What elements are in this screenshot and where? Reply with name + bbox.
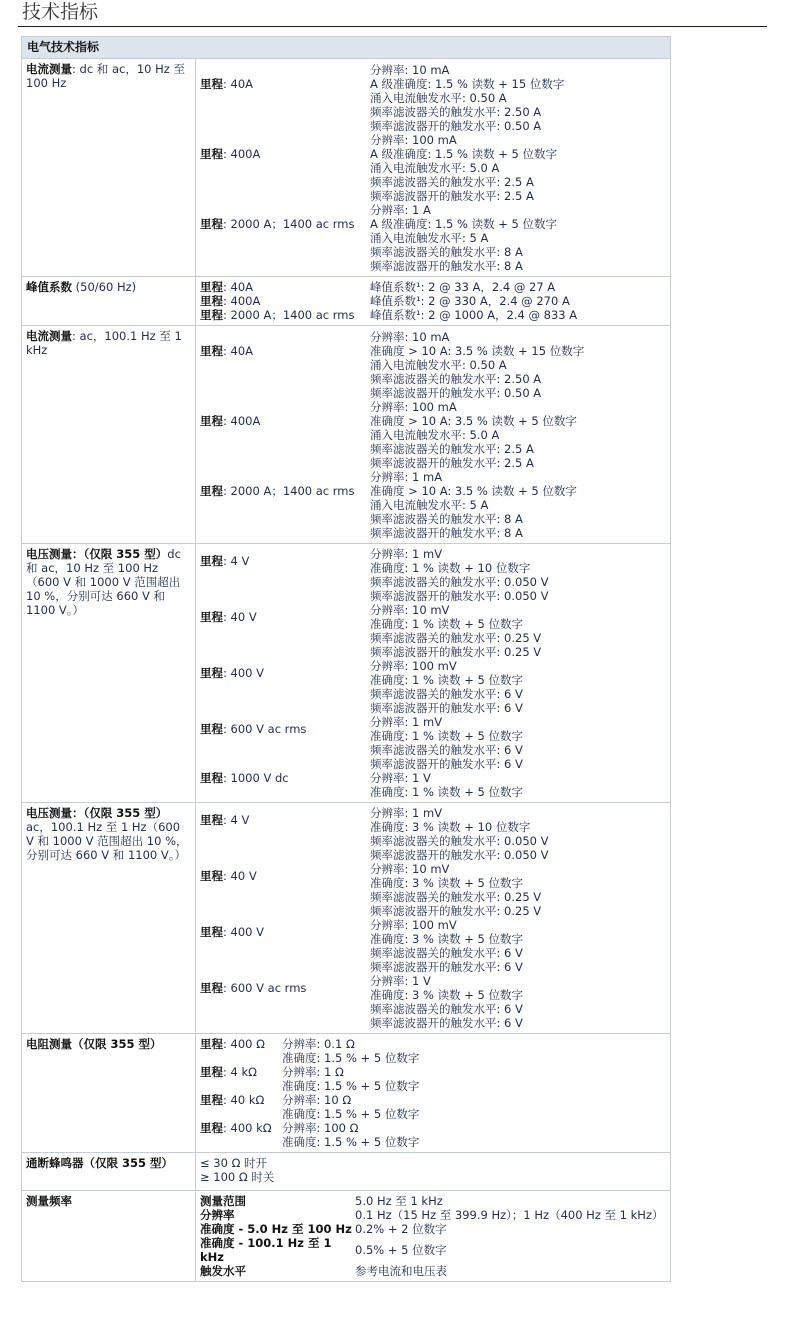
range-key: 里程 [200,77,223,91]
range-value: : 600 V ac rms [223,981,306,995]
range-key: 里程 [200,147,223,161]
range-spec-list: 分辨率: 10 Ω准确度: 1.5 % + 5 位数字 [282,1093,419,1121]
range-value: : 40 V [223,610,257,624]
spec-line: ≥ 100 Ω 时关 [200,1170,665,1184]
range-value: : 2000 A；1400 ac rms [223,484,355,498]
range-name: 里程: 1000 V dc [200,771,370,785]
row-label: 电压测量：（仅限 355 型）dc 和 ac，10 Hz 至 100 Hz（60… [22,544,196,803]
range-spec-list: 分辨率: 10 mV准确度: 1 % 读数 + 5 位数字频率滤波器关的触发水平… [370,603,541,659]
range-name: 里程: 40A [200,63,370,91]
row-content: 测量范围5.0 Hz 至 1 kHz分辨率0.1 Hz（15 Hz 至 399.… [196,1191,671,1282]
spec-value: 0.1 Hz（15 Hz 至 399.9 Hz）；1 Hz（400 Hz 至 1… [355,1208,665,1222]
range-block: 里程: 2000 A；1400 ac rms峰值系数¹: 2 @ 1000 A，… [200,308,665,322]
range-value: : 400A [223,294,260,308]
table-row: 电压测量：（仅限 355 型）ac，100.1 Hz 至 1 Hz（600 V … [22,803,671,1034]
spec-line: 频率滤波器关的触发水平: 0.25 V [370,631,541,645]
spec-line: 分辨率: 100 mV [370,659,523,673]
range-name: 里程: 400A [200,294,370,308]
row-content: ≤ 30 Ω 时开≥ 100 Ω 时关 [196,1153,671,1191]
range-spec-list: 分辨率: 1 mV准确度: 1 % 读数 + 10 位数字频率滤波器关的触发水平… [370,547,548,603]
table-row: 电流测量: ac，100.1 Hz 至 1 kHz里程: 40A分辨率: 10 … [22,326,671,544]
spec-line: 准确度: 1 % 读数 + 5 位数字 [370,729,523,743]
range-value: : 4 kΩ [223,1065,257,1079]
range-key: 里程 [200,484,223,498]
spec-line: 准确度: 3 % 读数 + 10 位数字 [370,820,548,834]
range-name: 里程: 400 kΩ [200,1121,282,1135]
range-name: 里程: 40 kΩ [200,1093,282,1107]
spec-line: 分辨率: 10 mA [370,330,584,344]
range-spec-list: 分辨率: 1 V准确度: 3 % 读数 + 5 位数字频率滤波器关的触发水平: … [370,974,523,1030]
spec-line: 频率滤波器关的触发水平: 6 V [370,743,523,757]
range-block: 里程: 4 kΩ分辨率: 1 Ω准确度: 1.5 % + 5 位数字 [200,1065,665,1093]
range-block: 里程: 1000 V dc分辨率: 1 V准确度: 1 % 读数 + 5 位数字 [200,771,665,799]
spec-line: 频率滤波器关的触发水平: 8 A [370,245,557,259]
range-value: : 400 kΩ [223,1121,272,1135]
range-spec-list: 分辨率: 1 Ω准确度: 1.5 % + 5 位数字 [282,1065,419,1093]
spec-line: 准确度: 1 % 读数 + 10 位数字 [370,561,548,575]
spec-line: 频率滤波器开的触发水平: 2.5 A [370,189,557,203]
range-block: 里程: 40 V分辨率: 10 mV准确度: 1 % 读数 + 5 位数字频率滤… [200,603,665,659]
range-name: 里程: 2000 A；1400 ac rms [200,470,370,498]
spec-line: 分辨率: 1 mV [370,547,548,561]
range-key: 里程 [200,1037,223,1051]
range-value: : 2000 A；1400 ac rms [223,308,355,322]
row-content: 里程: 4 V分辨率: 1 mV准确度: 3 % 读数 + 10 位数字频率滤波… [196,803,671,1034]
range-key: 里程 [200,869,223,883]
range-block: 里程: 400 V分辨率: 100 mV准确度: 3 % 读数 + 5 位数字频… [200,918,665,974]
spec-line: 准确度: 1.5 % + 5 位数字 [282,1135,419,1149]
spec-line: 分辨率: 10 mA [370,63,564,77]
spec-line: 准确度: 1.5 % + 5 位数字 [282,1107,419,1121]
section-header: 电气技术指标 [22,37,671,59]
range-spec-list: 分辨率: 10 mV准确度: 3 % 读数 + 5 位数字频率滤波器关的触发水平… [370,862,541,918]
spec-line: 分辨率: 10 mV [370,603,541,617]
range-value: : 400 V [223,666,264,680]
range-name: 里程: 400A [200,133,370,161]
range-block: 里程: 40 V分辨率: 10 mV准确度: 3 % 读数 + 5 位数字频率滤… [200,862,665,918]
range-name: 里程: 40 V [200,862,370,883]
range-spec-list: 分辨率: 10 mA准确度 > 10 A: 3.5 % 读数 + 15 位数字涌… [370,330,584,400]
table-row: 电流测量: dc 和 ac，10 Hz 至 100 Hz里程: 40A分辨率: … [22,59,671,277]
range-key: 里程 [200,813,223,827]
spec-key: 分辨率 [200,1208,355,1222]
table-row: 通断蜂鸣器（仅限 355 型）≤ 30 Ω 时开≥ 100 Ω 时关 [22,1153,671,1191]
range-value: : 40 V [223,869,257,883]
range-key: 里程 [200,294,223,308]
range-name: 里程: 40A [200,330,370,358]
spec-line: 分辨率: 10 Ω [282,1093,419,1107]
range-key: 里程 [200,308,223,322]
spec-line: 频率滤波器关的触发水平: 8 A [370,512,577,526]
spec-line: 频率滤波器开的触发水平: 0.50 A [370,386,584,400]
spec-line: 分辨率: 1 V [370,771,523,785]
range-value: : 40A [223,77,253,91]
spec-line: 频率滤波器开的触发水平: 8 A [370,526,577,540]
range-value: : 4 V [223,554,249,568]
spec-line: 涌入电流触发水平: 5.0 A [370,161,557,175]
range-spec-list: 分辨率: 1 mV准确度: 1 % 读数 + 5 位数字频率滤波器关的触发水平:… [370,715,523,771]
range-value: : 1000 V dc [223,771,289,785]
spec-value: 0.2% + 2 位数字 [355,1222,665,1236]
range-spec-list: 峰值系数¹: 2 @ 33 A，2.4 @ 27 A [370,280,555,294]
range-key: 里程 [200,925,223,939]
range-block: 里程: 400A分辨率: 100 mAA 级准确度: 1.5 % 读数 + 5 … [200,133,665,203]
range-name: 里程: 400 V [200,659,370,680]
range-spec-list: 分辨率: 100 mV准确度: 1 % 读数 + 5 位数字频率滤波器关的触发水… [370,659,523,715]
spec-line: 分辨率: 1 mV [370,715,523,729]
range-block: 里程: 600 V ac rms分辨率: 1 V准确度: 3 % 读数 + 5 … [200,974,665,1030]
range-name: 里程: 400 Ω [200,1037,282,1051]
spec-line: 准确度 > 10 A: 3.5 % 读数 + 15 位数字 [370,344,584,358]
range-key: 里程 [200,981,223,995]
spec-key: 触发水平 [200,1264,355,1278]
range-key: 里程 [200,666,223,680]
row-label: 电阻测量（仅限 355 型） [22,1034,196,1153]
range-block: 里程: 40A分辨率: 10 mA准确度 > 10 A: 3.5 % 读数 + … [200,330,665,400]
row-label: 峰值系数 (50/60 Hz) [22,277,196,326]
range-block: 里程: 40A分辨率: 10 mAA 级准确度: 1.5 % 读数 + 15 位… [200,63,665,133]
row-label-bold: 电压测量：（仅限 355 型） [26,547,167,561]
range-block: 里程: 400 Ω分辨率: 0.1 Ω准确度: 1.5 % + 5 位数字 [200,1037,665,1065]
spec-line: 涌入电流触发水平: 5.0 A [370,428,577,442]
range-block: 里程: 40 kΩ分辨率: 10 Ω准确度: 1.5 % + 5 位数字 [200,1093,665,1121]
range-spec-list: 分辨率: 100 mA准确度 > 10 A: 3.5 % 读数 + 5 位数字涌… [370,400,577,470]
row-content: 里程: 4 V分辨率: 1 mV准确度: 1 % 读数 + 10 位数字频率滤波… [196,544,671,803]
range-spec-list: 峰值系数¹: 2 @ 1000 A，2.4 @ 833 A [370,308,577,322]
spec-line: 分辨率: 1 Ω [282,1065,419,1079]
row-label-bold: 通断蜂鸣器（仅限 355 型） [26,1156,173,1170]
spec-line: 准确度: 3 % 读数 + 5 位数字 [370,932,523,946]
table-row: 电压测量：（仅限 355 型）dc 和 ac，10 Hz 至 100 Hz（60… [22,544,671,803]
spec-line: 分辨率: 100 mA [370,133,557,147]
range-value: : 40 kΩ [223,1093,264,1107]
spec-line: 频率滤波器开的触发水平: 6 V [370,960,523,974]
row-label: 通断蜂鸣器（仅限 355 型） [22,1153,196,1191]
spec-line: 频率滤波器关的触发水平: 6 V [370,946,523,960]
spec-line: 频率滤波器开的触发水平: 0.050 V [370,848,548,862]
range-block: 里程: 40A峰值系数¹: 2 @ 33 A，2.4 @ 27 A [200,280,665,294]
row-content: 里程: 40A峰值系数¹: 2 @ 33 A，2.4 @ 27 A里程: 400… [196,277,671,326]
range-key: 里程 [200,610,223,624]
spec-line: 分辨率: 100 mV [370,918,523,932]
page-title: 技术指标 [22,0,98,24]
range-name: 里程: 40A [200,280,370,294]
spec-line: 频率滤波器关的触发水平: 0.25 V [370,890,541,904]
range-name: 里程: 4 V [200,547,370,568]
row-label-bold: 电流测量 [26,62,72,76]
range-key: 里程 [200,554,223,568]
spec-line: 频率滤波器关的触发水平: 6 V [370,1002,523,1016]
spec-line: 分辨率: 100 mA [370,400,577,414]
spec-line: 频率滤波器开的触发水平: 2.5 A [370,456,577,470]
spec-value: 5.0 Hz 至 1 kHz [355,1194,665,1208]
range-key: 里程 [200,344,223,358]
range-value: : 400 V [223,925,264,939]
spec-line: 准确度: 1 % 读数 + 5 位数字 [370,785,523,799]
range-key: 里程 [200,1065,223,1079]
range-name: 里程: 400A [200,400,370,428]
range-key: 里程 [200,1093,223,1107]
spec-line: 分辨率: 100 Ω [282,1121,419,1135]
range-spec-list: 分辨率: 10 mAA 级准确度: 1.5 % 读数 + 15 位数字涌入电流触… [370,63,564,133]
row-label: 测量频率 [22,1191,196,1282]
spec-line: 频率滤波器关的触发水平: 2.5 A [370,175,557,189]
spec-table: 电气技术指标 电流测量: dc 和 ac，10 Hz 至 100 Hz里程: 4… [21,36,671,1282]
frequency-spec-grid: 测量范围5.0 Hz 至 1 kHz分辨率0.1 Hz（15 Hz 至 399.… [200,1194,665,1278]
range-spec-list: 分辨率: 100 mV准确度: 3 % 读数 + 5 位数字频率滤波器关的触发水… [370,918,523,974]
spec-line: 准确度: 1.5 % + 5 位数字 [282,1051,419,1065]
spec-line: 准确度: 1 % 读数 + 5 位数字 [370,673,523,687]
spec-line: 频率滤波器开的触发水平: 0.50 A [370,119,564,133]
range-block: 里程: 600 V ac rms分辨率: 1 mV准确度: 1 % 读数 + 5… [200,715,665,771]
range-value: : 400A [223,147,260,161]
range-spec-list: 分辨率: 1 mA准确度 > 10 A: 3.5 % 读数 + 5 位数字涌入电… [370,470,577,540]
table-row: 电阻测量（仅限 355 型）里程: 400 Ω分辨率: 0.1 Ω准确度: 1.… [22,1034,671,1153]
spec-line: 峰值系数¹: 2 @ 1000 A，2.4 @ 833 A [370,308,577,322]
range-name: 里程: 400 V [200,918,370,939]
row-label-bold: 电压测量：（仅限 355 型） [26,806,167,820]
spec-line: 涌入电流触发水平: 0.50 A [370,91,564,105]
spec-line: 涌入电流触发水平: 0.50 A [370,358,584,372]
range-block: 里程: 4 V分辨率: 1 mV准确度: 1 % 读数 + 10 位数字频率滤波… [200,547,665,603]
spec-value: 0.5% + 5 位数字 [355,1243,665,1257]
spec-line: A 级准确度: 1.5 % 读数 + 5 位数字 [370,217,557,231]
spec-line: 准确度 > 10 A: 3.5 % 读数 + 5 位数字 [370,484,577,498]
range-block: 里程: 2000 A；1400 ac rms分辨率: 1 AA 级准确度: 1.… [200,203,665,273]
range-spec-list: 分辨率: 0.1 Ω准确度: 1.5 % + 5 位数字 [282,1037,419,1065]
range-spec-list: 分辨率: 1 mV准确度: 3 % 读数 + 10 位数字频率滤波器关的触发水平… [370,806,548,862]
spec-line: 准确度: 1 % 读数 + 5 位数字 [370,617,541,631]
title-divider [18,26,767,27]
spec-line: 频率滤波器关的触发水平: 0.050 V [370,834,548,848]
spec-line: 频率滤波器开的触发水平: 6 V [370,701,523,715]
spec-line: 频率滤波器关的触发水平: 0.050 V [370,575,548,589]
spec-line: 频率滤波器关的触发水平: 2.50 A [370,372,584,386]
spec-line: 涌入电流触发水平: 5 A [370,231,557,245]
range-spec-list: 分辨率: 100 mAA 级准确度: 1.5 % 读数 + 5 位数字涌入电流触… [370,133,557,203]
range-name: 里程: 600 V ac rms [200,974,370,995]
spec-line: 峰值系数¹: 2 @ 330 A，2.4 @ 270 A [370,294,570,308]
row-content: 里程: 40A分辨率: 10 mA准确度 > 10 A: 3.5 % 读数 + … [196,326,671,544]
spec-line: 频率滤波器关的触发水平: 2.5 A [370,442,577,456]
range-block: 里程: 400 V分辨率: 100 mV准确度: 1 % 读数 + 5 位数字频… [200,659,665,715]
range-name: 里程: 40 V [200,603,370,624]
range-spec-list: 分辨率: 100 Ω准确度: 1.5 % + 5 位数字 [282,1121,419,1149]
spec-line: 准确度 > 10 A: 3.5 % 读数 + 5 位数字 [370,414,577,428]
spec-line: 频率滤波器关的触发水平: 6 V [370,687,523,701]
spec-line: 分辨率: 0.1 Ω [282,1037,419,1051]
row-label-bold: 峰值系数 [26,280,72,294]
range-key: 里程 [200,771,223,785]
range-value: : 400A [223,414,260,428]
spec-line: 分辨率: 1 V [370,974,523,988]
spec-line: 峰值系数¹: 2 @ 33 A，2.4 @ 27 A [370,280,555,294]
spec-line: 频率滤波器关的触发水平: 2.50 A [370,105,564,119]
range-key: 里程 [200,280,223,294]
spec-line: A 级准确度: 1.5 % 读数 + 15 位数字 [370,77,564,91]
spec-line: 频率滤波器开的触发水平: 0.25 V [370,645,541,659]
spec-line: 频率滤波器开的触发水平: 6 V [370,1016,523,1030]
table-row: 测量频率测量范围5.0 Hz 至 1 kHz分辨率0.1 Hz（15 Hz 至 … [22,1191,671,1282]
spec-line: 准确度: 3 % 读数 + 5 位数字 [370,988,523,1002]
spec-line: ≤ 30 Ω 时开 [200,1156,665,1170]
row-label: 电流测量: ac，100.1 Hz 至 1 kHz [22,326,196,544]
table-row: 峰值系数 (50/60 Hz)里程: 40A峰值系数¹: 2 @ 33 A，2.… [22,277,671,326]
range-key: 里程 [200,414,223,428]
row-content: 里程: 40A分辨率: 10 mAA 级准确度: 1.5 % 读数 + 15 位… [196,59,671,277]
range-key: 里程 [200,1121,223,1135]
range-name: 里程: 4 kΩ [200,1065,282,1079]
spec-key: 测量范围 [200,1194,355,1208]
range-block: 里程: 400A分辨率: 100 mA准确度 > 10 A: 3.5 % 读数 … [200,400,665,470]
spec-line: 分辨率: 10 mV [370,862,541,876]
range-value: : 600 V ac rms [223,722,306,736]
range-spec-list: 峰值系数¹: 2 @ 330 A，2.4 @ 270 A [370,294,570,308]
spec-value: 参考电流和电压表 [355,1264,665,1278]
spec-table-body: 电流测量: dc 和 ac，10 Hz 至 100 Hz里程: 40A分辨率: … [22,59,671,1282]
spec-line: 分辨率: 1 A [370,203,557,217]
range-name: 里程: 2000 A；1400 ac rms [200,308,370,322]
range-value: : 40A [223,280,253,294]
range-block: 里程: 4 V分辨率: 1 mV准确度: 3 % 读数 + 10 位数字频率滤波… [200,806,665,862]
spec-line: 频率滤波器开的触发水平: 0.050 V [370,589,548,603]
row-label-bold: 测量频率 [26,1194,72,1208]
spec-line: A 级准确度: 1.5 % 读数 + 5 位数字 [370,147,557,161]
range-value: : 400 Ω [223,1037,265,1051]
range-value: : 40A [223,344,253,358]
range-block: 里程: 400 kΩ分辨率: 100 Ω准确度: 1.5 % + 5 位数字 [200,1121,665,1149]
row-label-detail: ac，100.1 Hz 至 1 Hz（600 V 和 1000 V 范围超出 1… [26,820,188,862]
range-key: 里程 [200,722,223,736]
row-content: 里程: 400 Ω分辨率: 0.1 Ω准确度: 1.5 % + 5 位数字里程:… [196,1034,671,1153]
range-value: : 4 V [223,813,249,827]
spec-line: 频率滤波器开的触发水平: 8 A [370,259,557,273]
range-spec-list: 分辨率: 1 AA 级准确度: 1.5 % 读数 + 5 位数字涌入电流触发水平… [370,203,557,273]
spec-line: 频率滤波器开的触发水平: 0.25 V [370,904,541,918]
spec-line: 准确度: 3 % 读数 + 5 位数字 [370,876,541,890]
row-label-bold: 电阻测量（仅限 355 型） [26,1037,162,1051]
spec-key: 准确度 - 100.1 Hz 至 1 kHz [200,1236,355,1264]
spec-line: 涌入电流触发水平: 5 A [370,498,577,512]
range-name: 里程: 2000 A；1400 ac rms [200,203,370,231]
range-value: : 2000 A；1400 ac rms [223,217,355,231]
range-key: 里程 [200,217,223,231]
range-name: 里程: 4 V [200,806,370,827]
row-label-bold: 电流测量 [26,329,72,343]
range-block: 里程: 2000 A；1400 ac rms分辨率: 1 mA准确度 > 10 … [200,470,665,540]
spec-line: 频率滤波器开的触发水平: 6 V [370,757,523,771]
spec-key: 准确度 - 5.0 Hz 至 100 Hz [200,1222,355,1236]
range-block: 里程: 400A峰值系数¹: 2 @ 330 A，2.4 @ 270 A [200,294,665,308]
spec-line: 准确度: 1.5 % + 5 位数字 [282,1079,419,1093]
row-label-detail: (50/60 Hz) [72,280,136,294]
row-label: 电压测量：（仅限 355 型）ac，100.1 Hz 至 1 Hz（600 V … [22,803,196,1034]
spec-line: 分辨率: 1 mA [370,470,577,484]
row-label: 电流测量: dc 和 ac，10 Hz 至 100 Hz [22,59,196,277]
spec-line: 分辨率: 1 mV [370,806,548,820]
range-spec-list: 分辨率: 1 V准确度: 1 % 读数 + 5 位数字 [370,771,523,799]
range-name: 里程: 600 V ac rms [200,715,370,736]
